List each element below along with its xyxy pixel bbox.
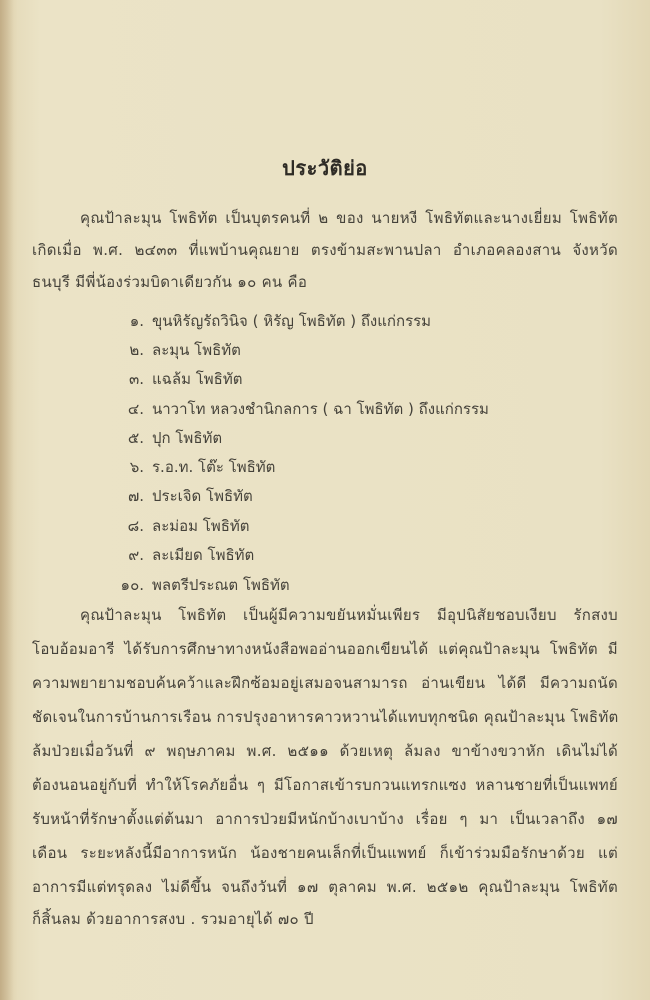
paragraph2-line-10: ก็สิ้นลม ด้วยอาการสงบ . รวมอายุได้ ๗๐ ปี bbox=[32, 907, 314, 931]
list-number: ๘. bbox=[110, 514, 144, 538]
sibling-name: ละเมียด โพธิทัต bbox=[152, 546, 254, 564]
sibling-list-item: ๖.ร.อ.ท. โต๊ะ โพธิทัต bbox=[110, 455, 275, 479]
sibling-name: ละม่อม โพธิทัต bbox=[152, 517, 250, 535]
list-number: ๕. bbox=[110, 426, 144, 450]
sibling-name: ขุนหิรัญรัถวินิจ ( หิรัญ โพธิทัต ) ถึงแก… bbox=[152, 312, 431, 330]
list-number: ๔. bbox=[110, 397, 144, 421]
sibling-name: ละมุน โพธิทัต bbox=[152, 341, 241, 359]
book-page: ประวัติย่อ คุณป้าละมุน โพธิทัต เป็นบุตรค… bbox=[0, 0, 650, 1000]
sibling-name: ปุก โพธิทัต bbox=[152, 429, 222, 447]
list-number: ๓. bbox=[110, 367, 144, 391]
list-number: ๑. bbox=[110, 309, 144, 333]
paragraph2-line-8: เดือน ระยะหลังนี้มีอาการหนัก น้องชายคนเล… bbox=[32, 841, 618, 865]
sibling-list-item: ๘.ละม่อม โพธิทัต bbox=[110, 514, 250, 538]
paragraph2-line-5: ล้มป่วยเมื่อวันที่ ๙ พฤษภาคม พ.ศ. ๒๕๑๑ ด… bbox=[32, 739, 618, 763]
paragraph2-line-2: โอบอ้อมอารี ได้รับการศึกษาทางหนังสือพออ่… bbox=[32, 637, 618, 661]
page-title: ประวัติย่อ bbox=[0, 152, 650, 184]
paragraph1-line-3: ธนบุรี มีพี่น้องร่วมบิดาเดียวกัน ๑๐ คน ค… bbox=[32, 270, 307, 294]
sibling-list-item: ๑.ขุนหิรัญรัถวินิจ ( หิรัญ โพธิทัต ) ถึง… bbox=[110, 309, 431, 333]
list-number: ๑๐. bbox=[110, 573, 144, 597]
sibling-list-item: ๗.ประเจิด โพธิทัต bbox=[110, 484, 253, 508]
list-number: ๗. bbox=[110, 484, 144, 508]
paragraph1-line-2: เกิดเมื่อ พ.ศ. ๒๔๓๓ ที่แพบ้านคุณยาย ตรงข… bbox=[32, 238, 618, 262]
list-number: ๒. bbox=[110, 338, 144, 362]
sibling-list-item: ๑๐.พลตรีประณต โพธิทัต bbox=[110, 573, 290, 597]
sibling-name: ร.อ.ท. โต๊ะ โพธิทัต bbox=[152, 458, 275, 476]
paragraph2-line-3: ความพยายามชอบค้นคว้าและฝึกซ้อมอยู่เสมอจน… bbox=[32, 671, 618, 695]
sibling-name: นาวาโท หลวงชำนิกลการ ( ฉา โพธิทัต ) ถึงแ… bbox=[152, 400, 489, 418]
paragraph2-line-9: อาการมีแต่ทรุดลง ไม่ดีขึ้น จนถึงวันที่ ๑… bbox=[32, 875, 618, 899]
sibling-list-item: ๙.ละเมียด โพธิทัต bbox=[110, 543, 254, 567]
sibling-name: แฉล้ม โพธิทัต bbox=[152, 370, 242, 388]
sibling-name: ประเจิด โพธิทัต bbox=[152, 487, 253, 505]
spine-shadow bbox=[0, 0, 14, 1000]
sibling-name: พลตรีประณต โพธิทัต bbox=[152, 576, 290, 594]
paragraph2-line-7: รับหน้าที่รักษาตั้งแต่ต้นมา อาการป่วยมีห… bbox=[32, 807, 618, 831]
sibling-list-item: ๕.ปุก โพธิทัต bbox=[110, 426, 222, 450]
paragraph2-line-1: คุณป้าละมุน โพธิทัต เป็นผู้มีความขยันหมั… bbox=[80, 603, 618, 627]
paragraph2-line-4: ชัดเจนในการบ้านการเรือน การปรุงอาหารคาวห… bbox=[32, 705, 618, 729]
list-number: ๙. bbox=[110, 543, 144, 567]
sibling-list-item: ๓.แฉล้ม โพธิทัต bbox=[110, 367, 242, 391]
paragraph2-line-6: ต้องนอนอยู่กับที่ ทำให้โรคภัยอื่น ๆ มีโอ… bbox=[32, 773, 618, 797]
paragraph1-line-1: คุณป้าละมุน โพธิทัต เป็นบุตรคนที่ ๒ ของ … bbox=[80, 206, 618, 230]
list-number: ๖. bbox=[110, 455, 144, 479]
sibling-list-item: ๒.ละมุน โพธิทัต bbox=[110, 338, 241, 362]
sibling-list-item: ๔.นาวาโท หลวงชำนิกลการ ( ฉา โพธิทัต ) ถึ… bbox=[110, 397, 489, 421]
